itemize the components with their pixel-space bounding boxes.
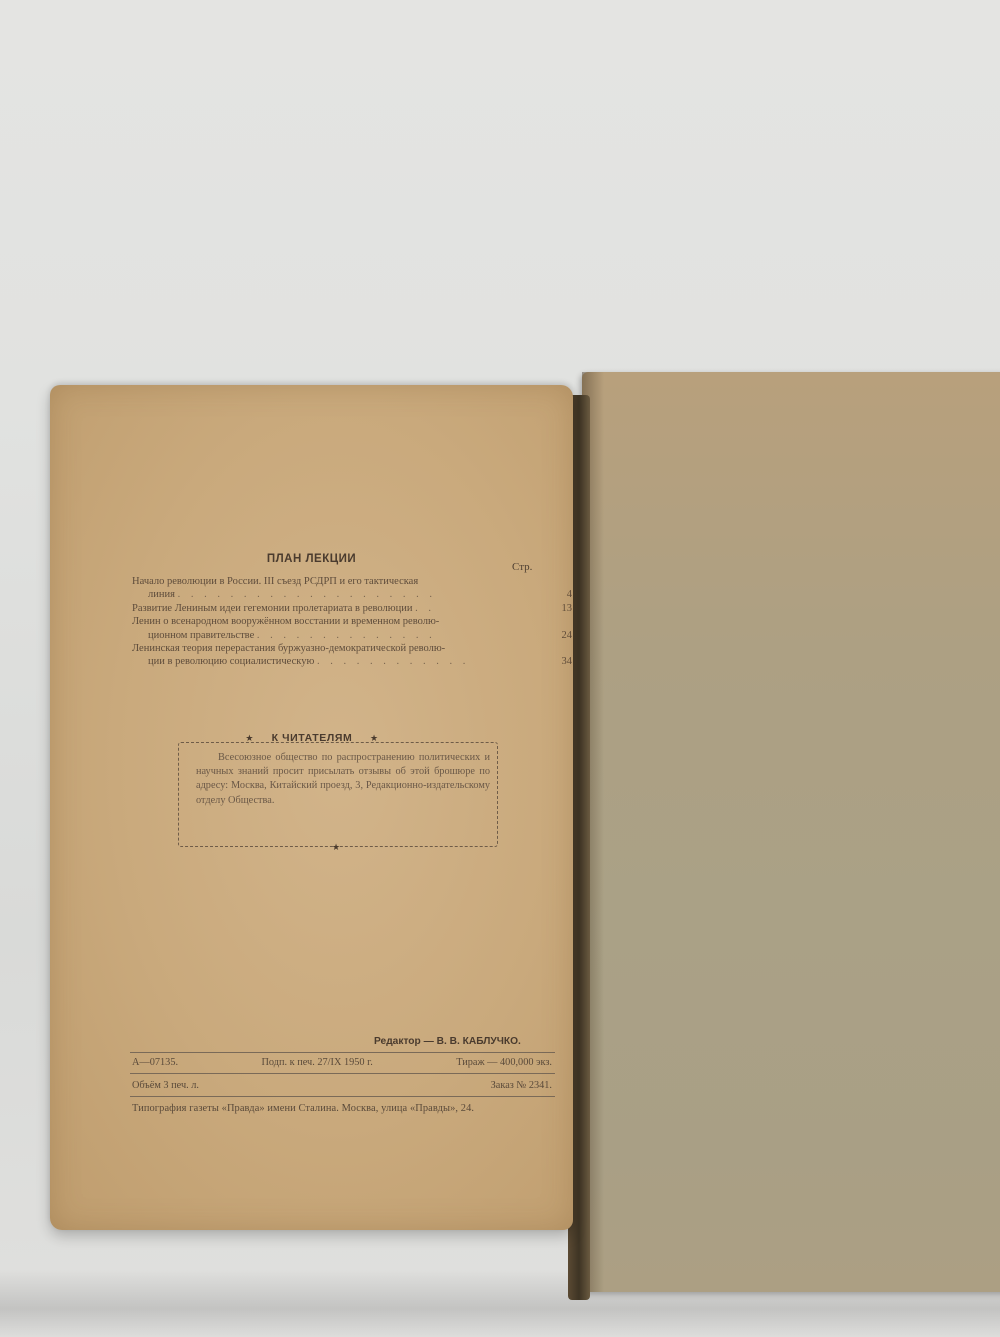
toc-entry: Развитие Лениным идеи гегемонии пролетар… — [132, 602, 542, 615]
toc-entry: Ленин о всенародном вооружённом восстани… — [132, 615, 542, 642]
imprint-row-1: А—07135. Подп. к печ. 27/IX 1950 г. Тира… — [132, 1057, 552, 1068]
toc-entry-line1: Начало революции в России. III съезд РСД… — [132, 575, 542, 588]
toc-entry-page: 13 — [532, 602, 572, 615]
editor-credit: Редактор — В. В. КАБЛУЧКО. — [374, 1036, 521, 1047]
readers-notice-text: Всесоюзное общество по распространению п… — [196, 751, 490, 808]
order-number: Заказ № 2341. — [491, 1080, 552, 1091]
leader-dots: . . . . . . . . . . . . — [317, 656, 469, 667]
signed-to-print-date: Подп. к печ. 27/IX 1950 г. — [261, 1057, 372, 1068]
toc-entry-page: 4 — [532, 588, 572, 601]
toc-entry-page: 34 — [532, 655, 572, 668]
toc-entry-line2: ционном правительстве — [148, 630, 254, 641]
imprint-row-2: Объём 3 печ. л. Заказ № 2341. — [132, 1080, 552, 1091]
toc-title: ПЛАН ЛЕКЦИИ — [50, 553, 573, 565]
toc-entry-line2: ции в революцию социалистическую — [148, 656, 314, 667]
toc-entry-line1: Ленинская теория перерастания буржуазно-… — [132, 642, 542, 655]
printing-house: Типография газеты «Правда» имени Сталина… — [132, 1103, 474, 1114]
table-of-contents: Начало революции в России. III съезд РСД… — [132, 575, 542, 669]
leader-dots: . . . . . . . . . . . . . . — [257, 630, 436, 641]
divider — [130, 1073, 555, 1074]
leader-dots: . . . . . . . . . . . . . . . . . . . . — [178, 589, 436, 600]
toc-entry: Ленинская теория перерастания буржуазно-… — [132, 642, 542, 669]
right-page-blank — [582, 372, 1000, 1292]
toc-entry-page: 24 — [532, 629, 572, 642]
toc-entry-line1: Ленин о всенародном вооружённом восстани… — [132, 615, 542, 628]
publication-code: А—07135. — [132, 1057, 178, 1068]
toc-entry-line1: Развитие Лениным идеи гегемонии пролетар… — [132, 603, 412, 614]
volume: Объём 3 печ. л. — [132, 1080, 199, 1091]
toc-entry: Начало революции в России. III съезд РСД… — [132, 575, 542, 602]
left-page-back-cover: ПЛАН ЛЕКЦИИ Стр. Начало революции в Росс… — [50, 385, 573, 1230]
leader-dots: . . — [415, 603, 435, 614]
star-icon: ★ — [332, 842, 340, 853]
toc-pages-header: Стр. — [512, 561, 532, 573]
divider — [130, 1052, 555, 1053]
print-run: Тираж — 400,000 экз. — [456, 1057, 552, 1068]
toc-entry-line2: линия — [148, 589, 175, 600]
divider — [130, 1096, 555, 1097]
